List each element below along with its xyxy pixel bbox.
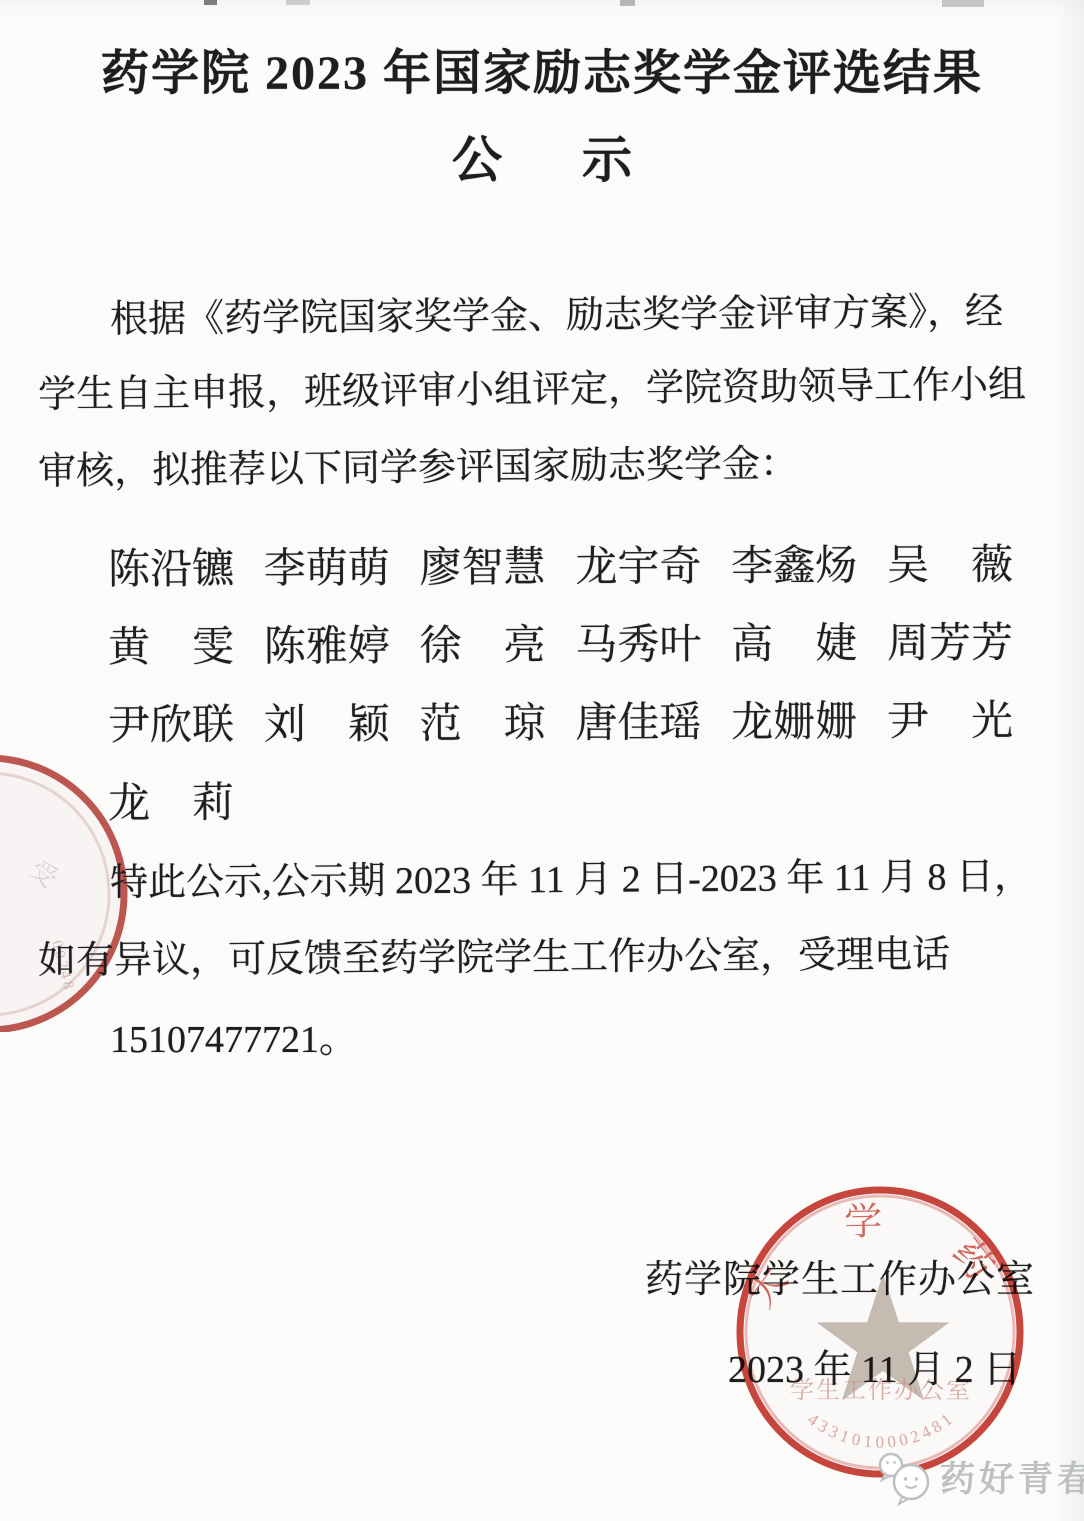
student-name: 龙 莉 [108, 770, 234, 831]
student-name: 范 琼 [419, 690, 545, 751]
student-name: 李鑫炀 [731, 532, 857, 593]
student-name: 廖智慧 [419, 534, 545, 595]
student-name: 龙宇奇 [575, 533, 701, 594]
student-name: 刘 颖 [264, 691, 390, 752]
names-row-3: 尹欣联 刘 颖 范 琼 唐佳瑶 龙姗姗 尹 光 [108, 688, 1013, 753]
watermark-label: 药好青春 [940, 1452, 1084, 1502]
names-row-4: 龙 莉 [108, 766, 1013, 831]
scan-artifact [204, 0, 217, 5]
paragraph2-line1: 特此公示,公示期 2023 年 11 月 2 日-2023 年 11 月 8 日… [110, 845, 1032, 906]
student-name: 龙姗姗 [731, 688, 857, 749]
document-title-line2: 公示 [0, 120, 1084, 192]
paragraph2-line2: 如有异议，可反馈至药学院学生工作办公室，受理电话 [38, 923, 950, 984]
student-name: 唐佳瑶 [575, 689, 701, 750]
student-name: 徐 亮 [419, 612, 545, 673]
student-name: 尹欣联 [108, 692, 234, 753]
student-name: 尹 光 [887, 688, 1013, 749]
student-name: 高 婕 [731, 610, 857, 671]
student-name: 陈沿镳 [108, 536, 234, 597]
contact-phone-line: 15107477721。 [110, 1008, 357, 1063]
seal-band-text: 学生工作办公室 [790, 1377, 972, 1404]
paragraph1-line3: 审核，拟推荐以下同学参评国家励志奖学金： [38, 432, 799, 495]
student-name: 周芳芳 [887, 610, 1013, 671]
student-name: 陈雅婷 [264, 613, 390, 674]
student-name: 马秀叶 [575, 611, 701, 672]
names-row-2: 黄 雯 陈雅婷 徐 亮 马秀叶 高 婕 周芳芳 [108, 610, 1013, 675]
scan-artifact [942, 0, 984, 7]
paragraph1-line2: 学生自主申报，班级评审小组评定，学院资助领导工作小组 [38, 353, 1027, 418]
names-row-1: 陈沿镳 李萌萌 廖智慧 龙宇奇 李鑫炀 吴 薇 [108, 532, 1013, 597]
watermark-logo-icon [876, 1444, 934, 1510]
student-name: 吴 薇 [887, 532, 1013, 593]
paragraph1-line1: 根据《药学院国家奖学金、励志奖学金评审方案》，经 [110, 280, 1003, 343]
student-name: 李萌萌 [264, 535, 390, 596]
scan-artifact [286, 0, 310, 5]
watermark: 药好青春 [876, 1444, 1084, 1510]
student-name: 黄 雯 [108, 614, 234, 675]
scan-artifact [620, 0, 635, 6]
document-title-line1: 药学院 2023 年国家励志奖学金评选结果 [0, 34, 1084, 103]
